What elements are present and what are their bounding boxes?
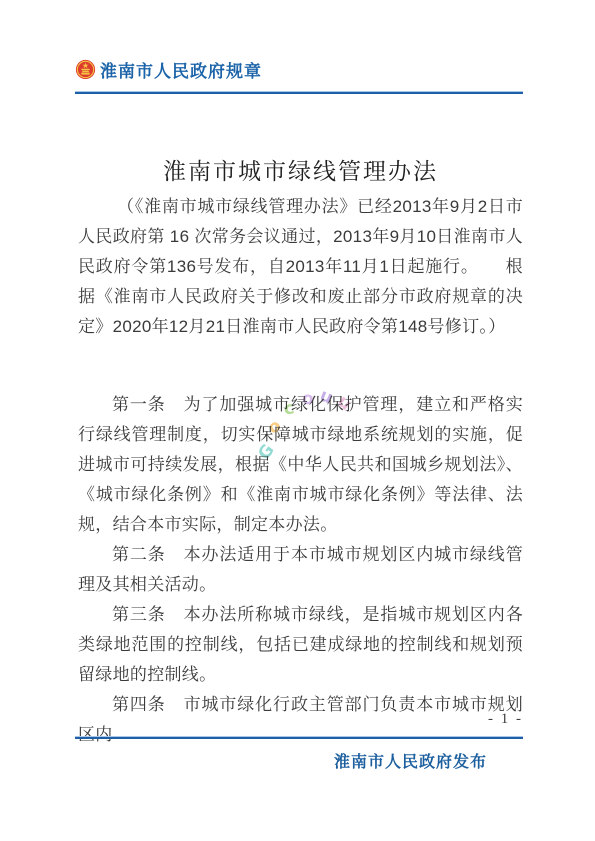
national-emblem-icon bbox=[75, 59, 96, 80]
article-3-paragraph: 第三条 本办法所称城市绿线，是指城市规划区内各类绿地范围的控制线，包括已建成绿地… bbox=[78, 600, 523, 690]
document-body: 淮南市城市绿线管理办法 （《淮南市城市绿线管理办法》已经2013年9月2日市人民… bbox=[78, 155, 523, 750]
article-1-paragraph: 第一条 为了加强城市绿化保护管理，建立和严格实行绿线管理制度，切实保障城市绿地系… bbox=[78, 390, 523, 540]
agency-label: 淮南市人民政府规章 bbox=[100, 57, 262, 82]
page-footer: - 1 - 淮南市人民政府发布 bbox=[75, 708, 523, 772]
document-title: 淮南市城市绿线管理办法 bbox=[78, 155, 523, 188]
page-header: 淮南市人民政府规章 bbox=[75, 57, 523, 93]
publisher-label: 淮南市人民政府发布 bbox=[75, 749, 523, 772]
header-rule bbox=[75, 91, 523, 93]
intro-paragraph: （《淮南市城市绿线管理办法》已经2013年9月2日市人民政府第 16 次常务会议… bbox=[78, 192, 523, 342]
articles-section: 第一条 为了加强城市绿化保护管理，建立和严格实行绿线管理制度，切实保障城市绿地系… bbox=[78, 390, 523, 750]
page-number: - 1 - bbox=[75, 708, 523, 730]
header-row: 淮南市人民政府规章 bbox=[75, 57, 523, 82]
footer-rule bbox=[75, 736, 523, 738]
article-2-paragraph: 第二条 本办法适用于本市城市规划区内城市绿线管理及其相关活动。 bbox=[78, 540, 523, 600]
document-page: 淮南市人民政府规章 G o c o u u 淮南市城市绿线管理办法 （《淮南市城… bbox=[0, 0, 595, 841]
